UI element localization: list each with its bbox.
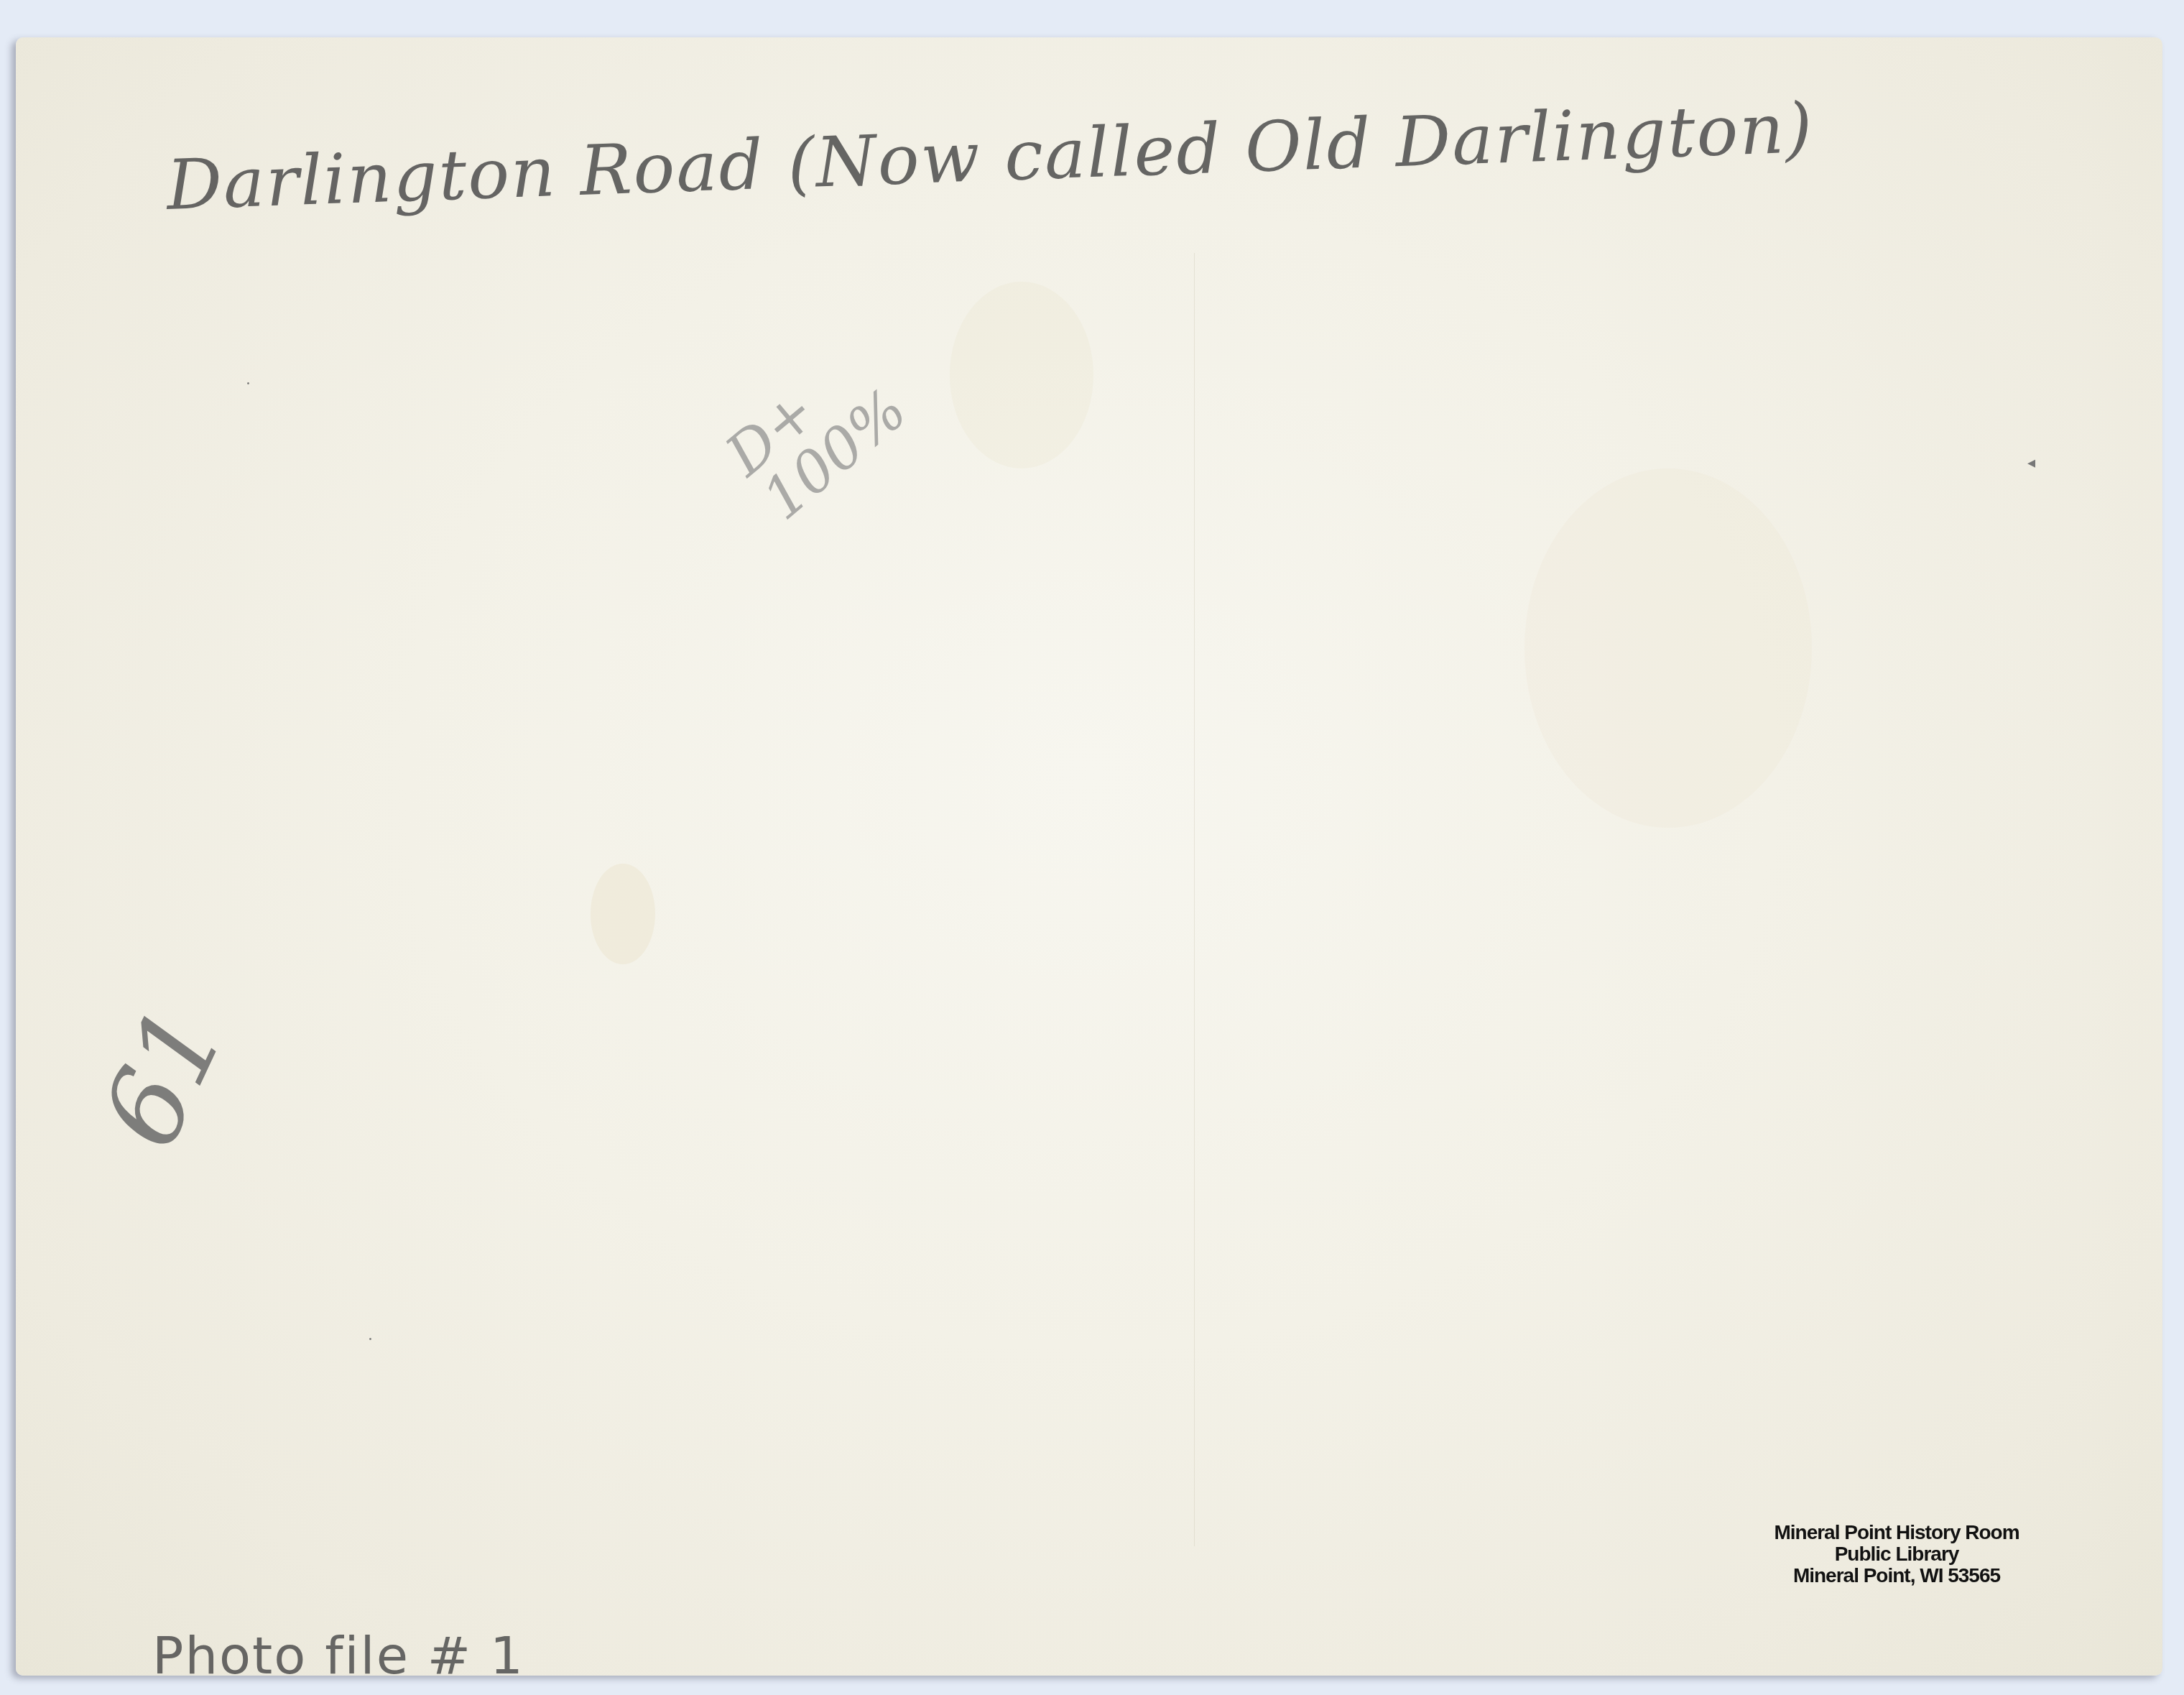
handwritten-photo-file-label: Photo file # 1: [152, 1625, 524, 1686]
stamp-library: Public Library: [1724, 1543, 2069, 1565]
handwritten-caption: Darlington Road (Now called Old Darlingt…: [165, 88, 1815, 226]
paper-stain: [591, 864, 655, 964]
stamp-institution: Mineral Point History Room: [1724, 1522, 2069, 1543]
handwritten-side-number: 61: [78, 989, 249, 1166]
photo-back-card: Darlington Road (Now called Old Darlingt…: [16, 37, 2162, 1676]
library-ownership-stamp: Mineral Point History Room Public Librar…: [1724, 1522, 2069, 1587]
paper-stain: [1524, 468, 1812, 828]
pencil-speck: ◂: [2027, 454, 2035, 472]
handwritten-grade-mark: D+ 100%: [716, 336, 916, 530]
pencil-speck: ·: [368, 1331, 373, 1349]
paper-crease: [1194, 253, 1195, 1546]
pencil-speck: ·: [246, 375, 251, 393]
paper-stain: [950, 282, 1093, 468]
stamp-address: Mineral Point, WI 53565: [1724, 1565, 2069, 1587]
